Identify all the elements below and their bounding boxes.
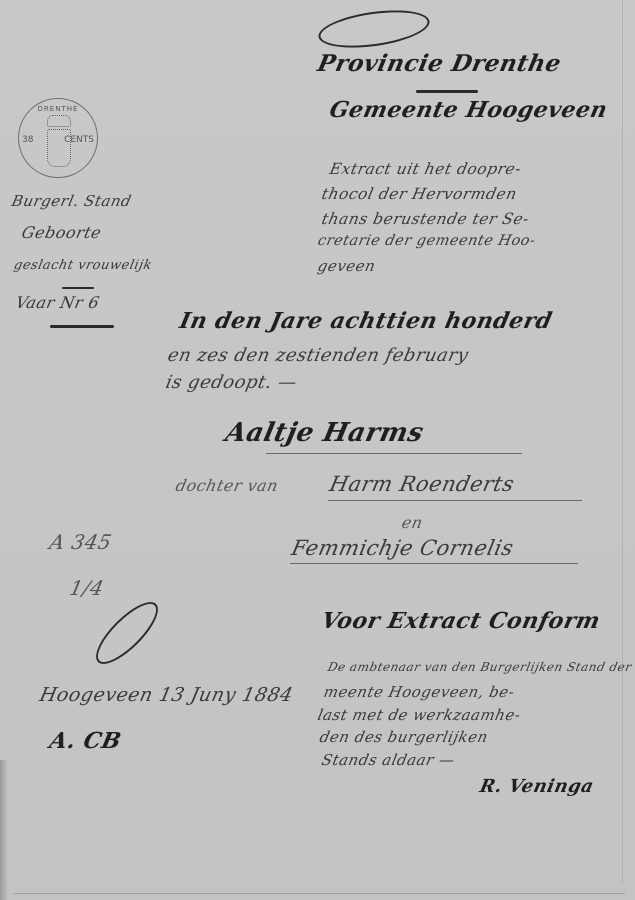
margin-note-line-2: Geboorte bbox=[20, 223, 103, 242]
stamp-value: 38 CENTS bbox=[22, 135, 94, 145]
intro-line-1: Extract uit het doopre- bbox=[328, 160, 523, 178]
conjunction: en bbox=[400, 513, 425, 532]
child-name: Aaltje Harms bbox=[223, 418, 427, 448]
margin-note-line-3: geslacht vrouwelijk bbox=[12, 258, 153, 273]
margin-note-dash bbox=[62, 287, 94, 289]
record-line-2: en zes den zestienden february bbox=[166, 345, 471, 366]
stamp-value-left: 38 bbox=[22, 135, 33, 145]
margin-note-underline bbox=[50, 325, 114, 328]
margin-note-line-4: Vaar Nr 6 bbox=[14, 293, 101, 312]
header-municipality: Gemeente Hoogeveen bbox=[327, 97, 610, 123]
father-name: Harm Roenderts bbox=[327, 472, 516, 496]
record-line-1: In den Jare achttien honderd bbox=[177, 308, 554, 334]
certification-line-4: den des burgerlijken bbox=[318, 728, 490, 746]
crown-icon bbox=[47, 115, 71, 127]
page-edge-shadow bbox=[0, 760, 8, 900]
father-name-underline bbox=[328, 500, 582, 501]
certification-line-5: Stands aldaar — bbox=[320, 751, 456, 769]
official-signature: R. Veninga bbox=[478, 776, 596, 797]
header-province: Provincie Drenthe bbox=[315, 50, 564, 77]
flourish-loop bbox=[316, 4, 432, 53]
mother-name: Femmichje Cornelis bbox=[289, 536, 515, 560]
certification-line-2: meente Hoogeveen, be- bbox=[322, 683, 516, 701]
certification-title: Voor Extract Conform bbox=[319, 608, 602, 634]
flourish-stroke bbox=[87, 593, 166, 672]
reference-number: A 345 bbox=[47, 530, 114, 554]
header-divider bbox=[416, 90, 478, 93]
page-edge-right bbox=[622, 0, 623, 885]
record-line-3: is gedoopt. — bbox=[164, 372, 299, 393]
scanned-document-page: Provincie Drenthe Gemeente Hoogeveen Ext… bbox=[0, 0, 635, 900]
clerk-initials: A. CB bbox=[47, 728, 124, 754]
mother-name-underline bbox=[290, 563, 578, 564]
intro-line-5: geveen bbox=[316, 257, 377, 275]
margin-note-line-1: Burgerl. Stand bbox=[10, 192, 133, 210]
page-edge-bottom bbox=[14, 893, 625, 894]
certification-line-1: De ambtenaar van den Burgerlijken Stand … bbox=[327, 660, 635, 674]
intro-line-2: thocol der Hervormden bbox=[320, 185, 519, 203]
place-date: Hoogeveen 13 Juny 1884 bbox=[38, 684, 295, 706]
stamp-province-text: DRENTHE bbox=[19, 105, 97, 113]
intro-line-3: thans berustende ter Se- bbox=[320, 210, 531, 228]
certification-line-3: last met de werkzaamhe- bbox=[316, 706, 522, 724]
child-name-underline bbox=[266, 453, 522, 454]
intro-line-4: cretarie der gemeente Hoo- bbox=[316, 233, 537, 249]
stamp-value-right: CENTS bbox=[64, 135, 94, 145]
tax-stamp: DRENTHE 38 CENTS bbox=[18, 98, 98, 178]
relation-prefix: dochter van bbox=[174, 476, 280, 495]
reference-fraction: 1/4 bbox=[67, 576, 106, 600]
